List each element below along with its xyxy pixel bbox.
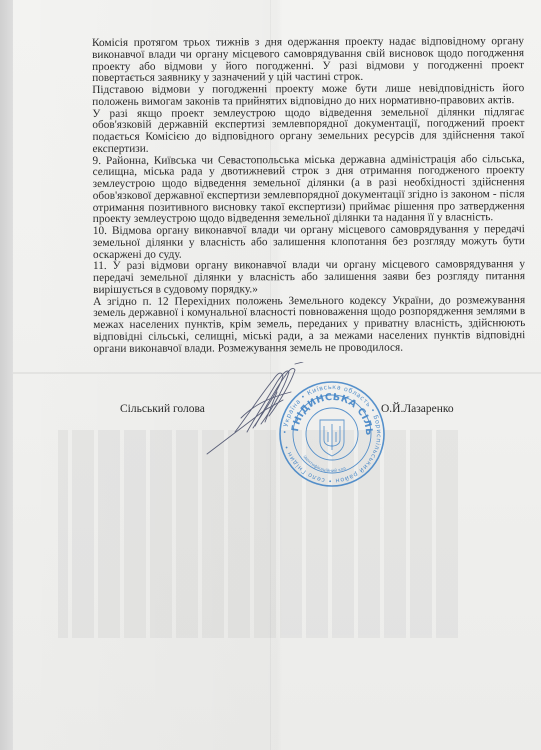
signatory-name: О.Й.Лазаренко [381, 403, 454, 415]
svg-text:ідентифікаційний код: ідентифікаційний код [302, 454, 346, 473]
signatory-title: Сільський голова [120, 403, 205, 415]
official-seal-icon: • Україна • Київська область • Бориспіль… [278, 380, 386, 488]
signature-block: Сільський голова • Україна • Київська об… [0, 0, 541, 750]
